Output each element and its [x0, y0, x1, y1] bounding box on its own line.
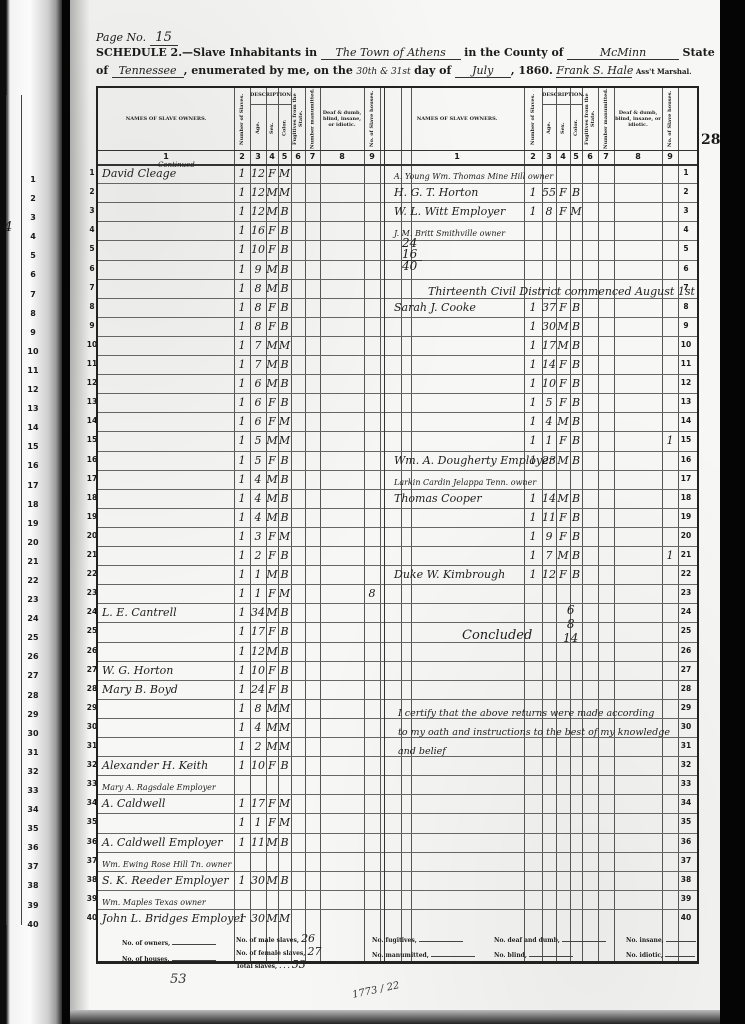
previous-page-row-number: 30 — [26, 729, 40, 748]
right-header-sex-label: Sex. — [560, 122, 566, 134]
right-table-row — [390, 622, 678, 641]
right-table-row — [390, 890, 678, 909]
cell-color: M — [278, 339, 291, 353]
right-row-number: 2 — [680, 187, 692, 196]
right-header-description-label: DESCRIPTION. — [542, 92, 584, 98]
left-header-manumitted-label: Number manumitted. — [310, 89, 316, 150]
cell-num: 1 — [234, 434, 250, 448]
right-row-number: 37 — [680, 856, 692, 865]
cell-sex: F — [556, 301, 570, 315]
right-table-row: J. M. Britt Smithville owner — [390, 221, 678, 240]
cell-sex: M — [556, 492, 570, 506]
cell-age: 11 — [250, 836, 266, 850]
certification-note: I certify that the above returns were ma… — [398, 704, 670, 761]
right-table-row: 15FB — [390, 393, 678, 412]
cell-sex: M — [556, 320, 570, 334]
left-table-row: 14MB — [98, 470, 380, 489]
cell-num: 1 — [524, 415, 542, 429]
owner-name: Sarah J. Cooke — [394, 301, 476, 315]
cell-num: 1 — [234, 568, 250, 582]
cell-age: 4 — [250, 721, 266, 735]
cell-sex: M — [266, 721, 278, 735]
left-header-sex-label: Sex. — [269, 122, 275, 134]
cell-age: 10 — [542, 377, 556, 391]
enumeration-line: of Tennessee, enumerated by me, on the 3… — [96, 64, 692, 78]
previous-page-row-number: 15 — [26, 442, 40, 461]
cell-num: 1 — [234, 836, 250, 850]
cell-age: 37 — [542, 301, 556, 315]
cell-age: 4 — [250, 492, 266, 506]
cell-age: 5 — [542, 396, 556, 410]
owner-name: Thomas Cooper — [394, 492, 482, 506]
right-table-row: Sarah J. Cooke137FB — [390, 298, 678, 317]
right-row-number: 1 — [680, 168, 692, 177]
cell-color: B — [278, 282, 291, 296]
owner-name: W. G. Horton — [102, 664, 173, 678]
right-table-row: H. G. T. Horton155FB — [390, 183, 678, 202]
left-table-row: 11FM8 — [98, 584, 380, 603]
left-table-row: Wm. Ewing Rose Hill Tn. owner — [98, 852, 380, 871]
cell-sex: F — [266, 797, 278, 811]
previous-page-row-numbers: 1234567891011121314151617181920212223242… — [26, 175, 40, 939]
left-table-row: Alexander H. Keith110FB — [98, 756, 380, 775]
cell-num: 1 — [234, 224, 250, 238]
left-table-row: 18FB — [98, 317, 380, 336]
previous-page-row-number: 7 — [26, 290, 40, 309]
cell-color: B — [570, 434, 582, 448]
cell-color: B — [570, 511, 582, 525]
previous-page-row-number: 20 — [26, 538, 40, 557]
previous-page-row-number: 6 — [26, 270, 40, 289]
right-row-number: 9 — [680, 321, 692, 330]
right-row-number: 4 — [680, 225, 692, 234]
left-row-number: 15 — [86, 435, 98, 444]
cell-age: 14 — [542, 492, 556, 506]
previous-page-row-number: 39 — [26, 901, 40, 920]
right-header-color: Color. — [570, 106, 582, 150]
cell-sex: M — [556, 549, 570, 563]
cell-age: 7 — [250, 339, 266, 353]
half-divider — [384, 88, 385, 961]
right-row-number: 36 — [680, 837, 692, 846]
right-column-number: 3 — [542, 152, 556, 161]
cell-age: 12 — [250, 167, 266, 181]
cell-age: 1 — [250, 568, 266, 582]
previous-page-row-number: 2 — [26, 194, 40, 213]
cell-sex: F — [266, 167, 278, 181]
column-rule — [678, 88, 679, 961]
cell-sex: M — [266, 740, 278, 754]
total-slaves-count: Total slaves, . . . 53 — [236, 958, 306, 971]
deaf-label: No. deaf and dumb, — [494, 937, 560, 944]
left-table-row: John L. Bridges Employer130MM — [98, 909, 380, 928]
previous-page-row-number: 16 — [26, 461, 40, 480]
place-field: The Town of Athens — [321, 46, 461, 60]
tally-note: 24 16 40 — [402, 238, 422, 272]
left-header-age-label: Age. — [255, 122, 261, 134]
cell-sex: M — [266, 606, 278, 620]
right-row-number: 3 — [680, 206, 692, 215]
right-row-number: 40 — [680, 913, 692, 922]
page-number-line: Page No. 15 — [96, 30, 178, 46]
right-table-row: 11FB1 — [390, 431, 678, 450]
left-row-number: 36 — [86, 837, 98, 846]
right-row-number: 35 — [680, 817, 692, 826]
right-header-deaf-label: Deaf & dumb, blind, insane, or idiotic. — [614, 110, 662, 128]
right-row-number: 39 — [680, 894, 692, 903]
right-table-row — [390, 584, 678, 603]
cell-color: B — [278, 358, 291, 372]
left-table-row: 12MM — [98, 737, 380, 756]
previous-page-row-number: 26 — [26, 652, 40, 671]
cell-age: 6 — [250, 377, 266, 391]
previous-page-row-number: 19 — [26, 519, 40, 538]
right-table-row: A. Young Wm. Thomas Mine Hill owner — [390, 164, 678, 183]
cell-houses: 1 — [662, 549, 678, 563]
cell-color: B — [278, 263, 291, 277]
left-header-houses: No. of Slave houses. — [364, 88, 380, 150]
cell-color: B — [570, 492, 582, 506]
right-column-number: 2 — [524, 152, 542, 161]
cell-color: B — [570, 454, 582, 468]
cell-num: 1 — [234, 625, 250, 639]
right-row-number: 19 — [680, 512, 692, 521]
cell-num: 1 — [524, 377, 542, 391]
cell-sex: M — [266, 511, 278, 525]
previous-page-row-number: 28 — [26, 691, 40, 710]
left-table-row: 17MM — [98, 336, 380, 355]
margin-total-note: 53 — [170, 972, 187, 987]
right-row-number: 5 — [680, 244, 692, 253]
cell-age: 14 — [542, 358, 556, 372]
cell-color: B — [278, 454, 291, 468]
cell-age: 9 — [250, 263, 266, 277]
sum-bottom: 14 — [563, 631, 578, 645]
cell-houses: 1 — [662, 434, 678, 448]
left-row-number: 22 — [86, 569, 98, 578]
cell-sex: M — [266, 702, 278, 716]
previous-page-row-number: 34 — [26, 805, 40, 824]
left-column-number: 9 — [364, 152, 380, 161]
cell-num: 1 — [234, 511, 250, 525]
cell-sex: F — [266, 587, 278, 601]
cell-age: 6 — [250, 415, 266, 429]
left-header-names-label: NAMES OF SLAVE OWNERS. — [126, 116, 207, 122]
right-table-row — [390, 871, 678, 890]
right-header-number-label: Number of Slaves. — [530, 93, 536, 144]
cell-sex: M — [266, 377, 278, 391]
left-row-number: 7 — [86, 283, 98, 292]
previous-page-row-number: 1 — [26, 175, 40, 194]
cell-sex: F — [556, 186, 570, 200]
cell-age: 24 — [250, 683, 266, 697]
cell-age: 12 — [250, 205, 266, 219]
cell-num: 1 — [524, 205, 542, 219]
cell-sex: M — [266, 874, 278, 888]
left-table-row: 112MB — [98, 202, 380, 221]
left-row-number: 11 — [86, 359, 98, 368]
right-row-number: 29 — [680, 703, 692, 712]
cell-sex: F — [266, 759, 278, 773]
right-table-row — [390, 240, 678, 259]
cell-num: 1 — [234, 301, 250, 315]
right-header-manumitted-label: Number manumitted. — [603, 89, 609, 150]
certify-line-1: I certify that the above returns were ma… — [398, 704, 670, 723]
cell-num: 1 — [234, 797, 250, 811]
left-row-number: 16 — [86, 455, 98, 464]
month-field: July — [455, 64, 511, 78]
left-table-row: Wm. Maples Texas owner — [98, 890, 380, 909]
cell-num: 1 — [234, 606, 250, 620]
left-row-number: 26 — [86, 646, 98, 655]
owner-name: A. Caldwell Employer — [102, 836, 223, 850]
left-row-number: 40 — [86, 913, 98, 922]
left-table-row: 112MB — [98, 642, 380, 661]
left-row-number: 13 — [86, 397, 98, 406]
cell-sex: M — [266, 434, 278, 448]
previous-page-row-number: 29 — [26, 710, 40, 729]
total-value: 53 — [292, 958, 306, 971]
cell-sex: M — [266, 263, 278, 277]
right-table-row: 117MB — [390, 336, 678, 355]
right-column-number: 5 — [570, 152, 582, 161]
left-table-row: 16MB — [98, 374, 380, 393]
right-row-number: 30 — [680, 722, 692, 731]
marshal-label: Ass't Marshal. — [636, 67, 692, 76]
right-table-row — [390, 642, 678, 661]
cell-age: 4 — [250, 473, 266, 487]
left-table-row: A. Caldwell Employer111MB — [98, 833, 380, 852]
cell-age: 1 — [250, 816, 266, 830]
left-table-row: 112MM — [98, 183, 380, 202]
left-row-number: 34 — [86, 798, 98, 807]
right-header-names-label: NAMES OF SLAVE OWNERS. — [417, 116, 498, 122]
right-table-row — [390, 833, 678, 852]
cell-sex: F — [556, 205, 570, 219]
cell-num: 1 — [234, 912, 250, 926]
cell-sex: F — [266, 243, 278, 257]
total-label: Total slaves, . . . — [236, 963, 290, 970]
previous-page-row-number: 4 — [26, 232, 40, 251]
male-value: 26 — [301, 932, 315, 945]
owner-name: John L. Bridges Employer — [102, 912, 245, 926]
left-table-row: 116FB — [98, 221, 380, 240]
cell-age: 23 — [542, 454, 556, 468]
owner-name: Mary B. Boyd — [102, 683, 178, 697]
right-header-age: Age. — [542, 106, 556, 150]
owner-name: Wm. Maples Texas owner — [102, 896, 206, 910]
right-column-number: 6 — [582, 152, 598, 161]
state-label: State — [683, 46, 715, 59]
cell-num: 1 — [234, 645, 250, 659]
cell-color: B — [278, 320, 291, 334]
right-row-number: 11 — [680, 359, 692, 368]
previous-page-row-number: 14 — [26, 423, 40, 442]
left-table-row: Mary A. Ragsdale Employer — [98, 775, 380, 794]
cell-num: 1 — [234, 415, 250, 429]
cell-num: 1 — [234, 396, 250, 410]
owner-name: Duke W. Kimbrough — [394, 568, 505, 582]
cell-age: 10 — [250, 664, 266, 678]
right-table-row — [390, 260, 678, 279]
cell-sex: F — [266, 625, 278, 639]
cell-num: 1 — [524, 530, 542, 544]
cell-sex: F — [556, 511, 570, 525]
previous-page-row-number: 21 — [26, 557, 40, 576]
census-table: NAMES OF SLAVE OWNERS.Number of Slaves.D… — [96, 86, 699, 964]
cell-color: B — [278, 625, 291, 639]
header-rule — [98, 150, 697, 151]
right-header-fugitives-label: Fugitives from the State. — [584, 88, 596, 150]
left-row-number: 8 — [86, 302, 98, 311]
right-table-row: 14MB — [390, 412, 678, 431]
cell-num: 1 — [234, 664, 250, 678]
cell-age: 11 — [542, 511, 556, 525]
insane-count: No. insane, — [626, 937, 696, 944]
previous-page-row-number: 31 — [26, 748, 40, 767]
owners-count: No. of owners, — [122, 940, 216, 947]
previous-page-row-number: 37 — [26, 862, 40, 881]
cell-age: 8 — [250, 301, 266, 315]
left-header-fugitives: Fugitives from the State. — [291, 88, 305, 150]
female-label: No. of female slaves, — [236, 950, 305, 957]
right-row-number: 33 — [680, 779, 692, 788]
previous-page-row-number: 38 — [26, 881, 40, 900]
cell-age: 9 — [542, 530, 556, 544]
right-row-number: 32 — [680, 760, 692, 769]
sum-top: 6 — [563, 603, 578, 617]
right-table-row: 19FB — [390, 527, 678, 546]
previous-page-row-number: 8 — [26, 309, 40, 328]
cell-houses: 8 — [364, 587, 380, 601]
left-row-number: 12 — [86, 378, 98, 387]
female-value: 27 — [307, 945, 321, 958]
cell-color: B — [278, 836, 291, 850]
cell-sex: M — [266, 205, 278, 219]
right-header-description: DESCRIPTION. — [542, 92, 582, 105]
cell-age: 4 — [250, 511, 266, 525]
left-table-row: 18MM — [98, 699, 380, 718]
cell-num: 1 — [234, 492, 250, 506]
right-table-row — [390, 680, 678, 699]
right-table-row — [390, 852, 678, 871]
cell-num: 1 — [234, 702, 250, 716]
left-row-number: 24 — [86, 607, 98, 616]
insane-label: No. insane, — [626, 937, 664, 944]
manumitted-count: No. manumitted, — [372, 952, 475, 959]
cell-color: B — [278, 473, 291, 487]
cell-num: 1 — [234, 721, 250, 735]
right-header-manumitted: Number manumitted. — [598, 88, 614, 150]
previous-page-row-number: 40 — [26, 920, 40, 939]
cell-num: 1 — [234, 816, 250, 830]
left-column-number: 4 — [266, 152, 278, 161]
cell-sex: M — [556, 339, 570, 353]
right-header-houses: No. of Slave houses. — [662, 88, 678, 150]
left-row-number: 14 — [86, 416, 98, 425]
owner-name: S. K. Reeder Employer — [102, 874, 229, 888]
right-table-row — [390, 813, 678, 832]
previous-page-row-number: 3 — [26, 213, 40, 232]
cell-color: M — [278, 434, 291, 448]
right-row-number: 27 — [680, 665, 692, 674]
left-table-row: 17MB — [98, 355, 380, 374]
cell-num: 1 — [234, 282, 250, 296]
cell-age: 3 — [250, 530, 266, 544]
tally-bottom: 40 — [402, 261, 422, 272]
schedule-title: SCHEDULE 2.—Slave Inhabitants in — [96, 46, 317, 59]
left-table-row: 15MM — [98, 431, 380, 450]
left-header-sex: Sex. — [266, 106, 278, 150]
cell-age: 30 — [250, 874, 266, 888]
cell-num: 1 — [524, 186, 542, 200]
owner-name: L. E. Cantrell — [102, 606, 177, 620]
owner-name: Wm. Ewing Rose Hill Tn. owner — [102, 858, 231, 872]
right-table-row: 111FB — [390, 508, 678, 527]
right-row-number: 17 — [680, 474, 692, 483]
cell-num: 1 — [524, 320, 542, 334]
previous-page-row-number: 22 — [26, 576, 40, 595]
cell-sex: F — [266, 320, 278, 334]
previous-page-row-number: 33 — [26, 786, 40, 805]
previous-page-row-number: 5 — [26, 251, 40, 270]
owner-name: W. L. Witt Employer — [394, 205, 505, 219]
previous-page-row-number: 36 — [26, 843, 40, 862]
left-table-row: 16FM — [98, 412, 380, 431]
male-label: No. of male slaves, — [236, 937, 299, 944]
right-column-number: 4 — [556, 152, 570, 161]
right-row-number: 23 — [680, 588, 692, 597]
left-row-number: 9 — [86, 321, 98, 330]
cell-sex: F — [266, 683, 278, 697]
cell-sex: F — [556, 568, 570, 582]
cell-sex: F — [266, 454, 278, 468]
cell-age: 1 — [542, 434, 556, 448]
cell-color: B — [570, 568, 582, 582]
fugitives-count: No. fugitives, — [372, 937, 463, 944]
left-row-number: 6 — [86, 264, 98, 273]
right-table-row — [390, 661, 678, 680]
manumitted-label: No. manumitted, — [372, 952, 429, 959]
left-table-row: 16FB — [98, 393, 380, 412]
cell-sex: F — [556, 358, 570, 372]
female-slaves-count: No. of female slaves, 27 — [236, 945, 321, 958]
left-row-number: 18 — [86, 493, 98, 502]
left-header-deaf: Deaf & dumb, blind, insane, or idiotic. — [320, 88, 364, 150]
cell-color: M — [278, 415, 291, 429]
county-label: in the County of — [464, 46, 563, 59]
of-label: of — [96, 64, 108, 77]
side-page-number: 28 — [701, 132, 720, 148]
county-field: McMinn — [567, 46, 679, 60]
left-table-row: 110FB — [98, 240, 380, 259]
cell-age: 4 — [542, 415, 556, 429]
left-table-row: 18FB — [98, 298, 380, 317]
left-table-row: 117FB — [98, 622, 380, 641]
right-column-number: 8 — [614, 152, 662, 161]
right-table-row: Wm. A. Dougherty Employer123MB — [390, 451, 678, 470]
cell-color: M — [570, 205, 582, 219]
left-table-row: 15FB — [98, 451, 380, 470]
cell-color: B — [570, 415, 582, 429]
cell-color: B — [570, 339, 582, 353]
cell-color: B — [278, 759, 291, 773]
houses-count: No. of houses, — [122, 956, 216, 963]
left-table-row: 19MB — [98, 260, 380, 279]
cell-num: 1 — [234, 683, 250, 697]
cell-age: 12 — [542, 568, 556, 582]
cell-num: 1 — [234, 186, 250, 200]
